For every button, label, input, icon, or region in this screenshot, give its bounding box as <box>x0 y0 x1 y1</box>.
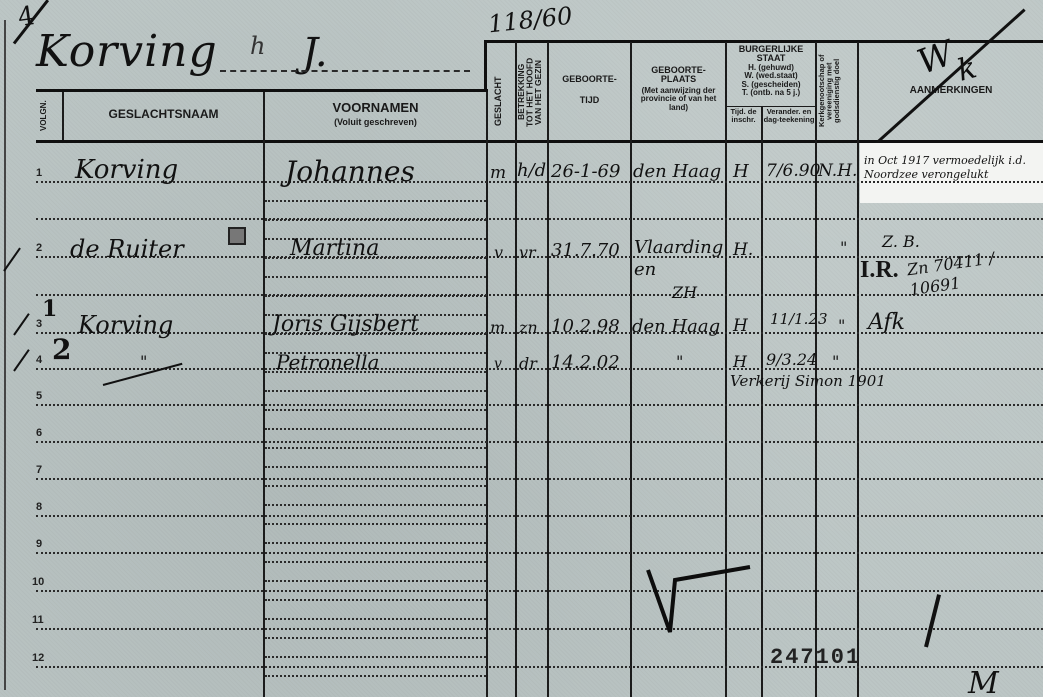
header-voornamen: VOORNAMEN <box>265 101 486 115</box>
row3-church: " <box>838 316 845 335</box>
heading-dotted-line <box>220 70 470 72</box>
header-geboorteplaats: GEBOORTE- PLAATS (Met aanwijzing der pro… <box>632 66 725 112</box>
row4-relation: dr <box>519 354 537 373</box>
row-number: 12 <box>32 652 44 664</box>
signature-slash <box>875 9 1026 145</box>
voornamen-line <box>265 409 486 411</box>
row-baseline <box>36 515 1043 517</box>
header-geboorteplaats-line2: PLAATS <box>632 75 725 84</box>
row4-given: Petronella <box>276 350 379 374</box>
row2-relation: vr <box>519 243 536 262</box>
header-geslachtsnaam: GESLACHTSNAAM <box>64 108 263 121</box>
header-betrekking-line3: VAN HET GEZIN <box>533 60 543 125</box>
row-number: 8 <box>36 501 42 513</box>
row1-sex: m <box>490 163 506 183</box>
voornamen-line <box>265 523 486 525</box>
row3-given: Joris Gijsbert <box>272 312 419 337</box>
header-top-left-rule <box>36 89 488 92</box>
row4-church: " <box>832 352 839 371</box>
row3-change-date: 11/1.23 <box>770 310 828 328</box>
header-voornamen-sub: (Voluit geschreven) <box>265 118 486 127</box>
row1-relation: h/d <box>517 160 546 181</box>
row4-sex: v <box>494 356 502 372</box>
row4-change-date: 9/3.24 <box>766 350 817 369</box>
row4-birth-place: " <box>676 352 683 371</box>
row2-church: " <box>840 238 847 257</box>
registration-card: 4 Korving h J. 118/60 VOLGN. GESLACHTSNA… <box>0 0 1043 697</box>
header-step-rule <box>484 40 487 92</box>
row3-remarks: Afk <box>868 310 905 335</box>
row-number: 4 <box>36 354 42 366</box>
header-aanmerkingen: AANMERKINGEN <box>859 86 1043 97</box>
header-burgerlijke-staat: BURGERLIJKE STAAT H. (gehuwd) W. (wed.st… <box>727 45 815 97</box>
left-edge-rule <box>4 20 6 690</box>
row3-civil-state: H <box>733 316 748 336</box>
row2-birth-place: Vlaardingen <box>634 237 724 281</box>
row-baseline <box>36 552 1043 554</box>
row1-change-date: 7/6.90 <box>766 161 820 181</box>
voornamen-line <box>265 276 486 278</box>
row4-birth-date: 14.2.02 <box>551 352 620 373</box>
row3-birth-place: den Haag <box>632 316 720 337</box>
header-volgnr: VOLGN. <box>40 96 56 136</box>
row1-remarks: in Oct 1917 vermoedelijk i.d. Noordzee v… <box>864 154 1040 182</box>
row-baseline <box>36 368 1043 370</box>
voornamen-line <box>265 428 486 430</box>
row-baseline <box>36 628 1043 630</box>
voornamen-line <box>265 485 486 487</box>
row-number: 9 <box>36 538 42 550</box>
row-number: 6 <box>36 427 42 439</box>
row-baseline <box>36 404 1043 406</box>
row2-remarks: Z. B. <box>882 232 920 251</box>
checkbox-mark-icon <box>228 227 246 245</box>
checkmark-icon <box>640 540 810 640</box>
stamp-number: 247101 <box>770 645 861 670</box>
voornamen-line <box>265 200 486 202</box>
header-geboortetijd-line2: TIJD <box>549 96 630 105</box>
voornamen-line <box>265 504 486 506</box>
header-geboortetijd: GEBOORTE- TIJD <box>549 75 630 106</box>
row-number: 10 <box>32 576 44 588</box>
row1-church: N.H. <box>818 161 857 181</box>
row-number: 2 <box>36 242 42 254</box>
bottom-right-mark: M <box>968 666 999 697</box>
family-name-heading: Korving <box>36 26 218 77</box>
row4-margin-tick <box>13 349 30 371</box>
row3-birth-date: 10.2.98 <box>551 316 620 337</box>
header-top-right-rule <box>484 40 1043 43</box>
row1-civil-state: H <box>733 161 749 182</box>
row2-sex: v <box>494 243 503 262</box>
row1-given: Johannes <box>285 155 415 188</box>
row3-sex: m <box>490 318 505 337</box>
row-baseline <box>36 478 1043 480</box>
row2-civil-state: H. <box>733 240 753 260</box>
row-number: 5 <box>36 390 42 402</box>
row-baseline <box>36 666 1043 668</box>
row-subline <box>36 218 1043 220</box>
voornamen-line <box>265 675 486 677</box>
voornamen-line <box>265 618 486 620</box>
voornamen-line <box>265 295 486 297</box>
voornamen-line <box>265 656 486 658</box>
family-heading-small-mark: h <box>250 32 265 60</box>
voornamen-line <box>265 561 486 563</box>
voornamen-line <box>265 542 486 544</box>
header-verander: Verander. en dag-teekening <box>763 108 815 124</box>
row-baseline <box>36 590 1043 592</box>
row3-surname: Korving <box>78 311 173 339</box>
header-kg-line3: godsdienstig doel <box>832 59 841 123</box>
row2-given: Martina <box>290 236 379 261</box>
card-number: 118/60 <box>487 2 574 39</box>
row-number: 1 <box>36 167 42 179</box>
row1-surname: Korving <box>75 155 178 185</box>
row4-margin-mark: 2 <box>52 333 71 366</box>
row2-birth-date: 31.7.70 <box>551 240 620 261</box>
voornamen-line <box>265 447 486 449</box>
header-geboorteplaats-sub: (Met aanwijzing der provincie of van het… <box>632 87 725 112</box>
voornamen-line <box>265 580 486 582</box>
voornamen-line <box>265 219 486 221</box>
row3-relation: zn <box>519 318 538 337</box>
row2-birth-place-extra: ZH <box>672 283 697 302</box>
row4-civil-state: H <box>733 352 747 371</box>
row1-birth-place: den Haag <box>633 161 721 182</box>
voornamen-line <box>265 637 486 639</box>
header-kerkgenootschap: Kerkgenootschap of vereeniging met godsd… <box>818 45 854 137</box>
header-betrekking: BETREKKING TOT HET HOOFD VAN HET GEZIN <box>517 46 547 138</box>
voornamen-line <box>265 390 486 392</box>
row-baseline <box>36 441 1043 443</box>
row-number: 7 <box>36 464 42 476</box>
header-bs-t: T. (ontb. na 5 j.) <box>727 89 815 97</box>
row3-margin-mark: 1 <box>42 296 57 322</box>
voornamen-line <box>265 466 486 468</box>
voornamen-line <box>265 599 486 601</box>
row-number: 11 <box>32 614 44 626</box>
row-subline <box>36 294 1043 296</box>
row2-surname: de Ruiter <box>70 235 184 263</box>
row4-extra-note: Verkerij Simon 1901 <box>730 372 886 390</box>
row4-surname: " <box>140 352 147 371</box>
header-geboortetijd-line1: GEBOORTE- <box>549 75 630 84</box>
row3-margin-tick <box>13 313 30 335</box>
header-geslacht: GESLACHT <box>494 72 508 130</box>
bottom-slash-mark <box>924 594 941 647</box>
header-tijd-inschr: Tijd. de inschr. <box>726 108 761 124</box>
row2-remarks-extra: Zn 70411 / 10691 <box>906 244 1030 300</box>
row2-ir-stamp: I.R. <box>860 257 899 284</box>
row1-birth-date: 26-1-69 <box>551 161 620 182</box>
